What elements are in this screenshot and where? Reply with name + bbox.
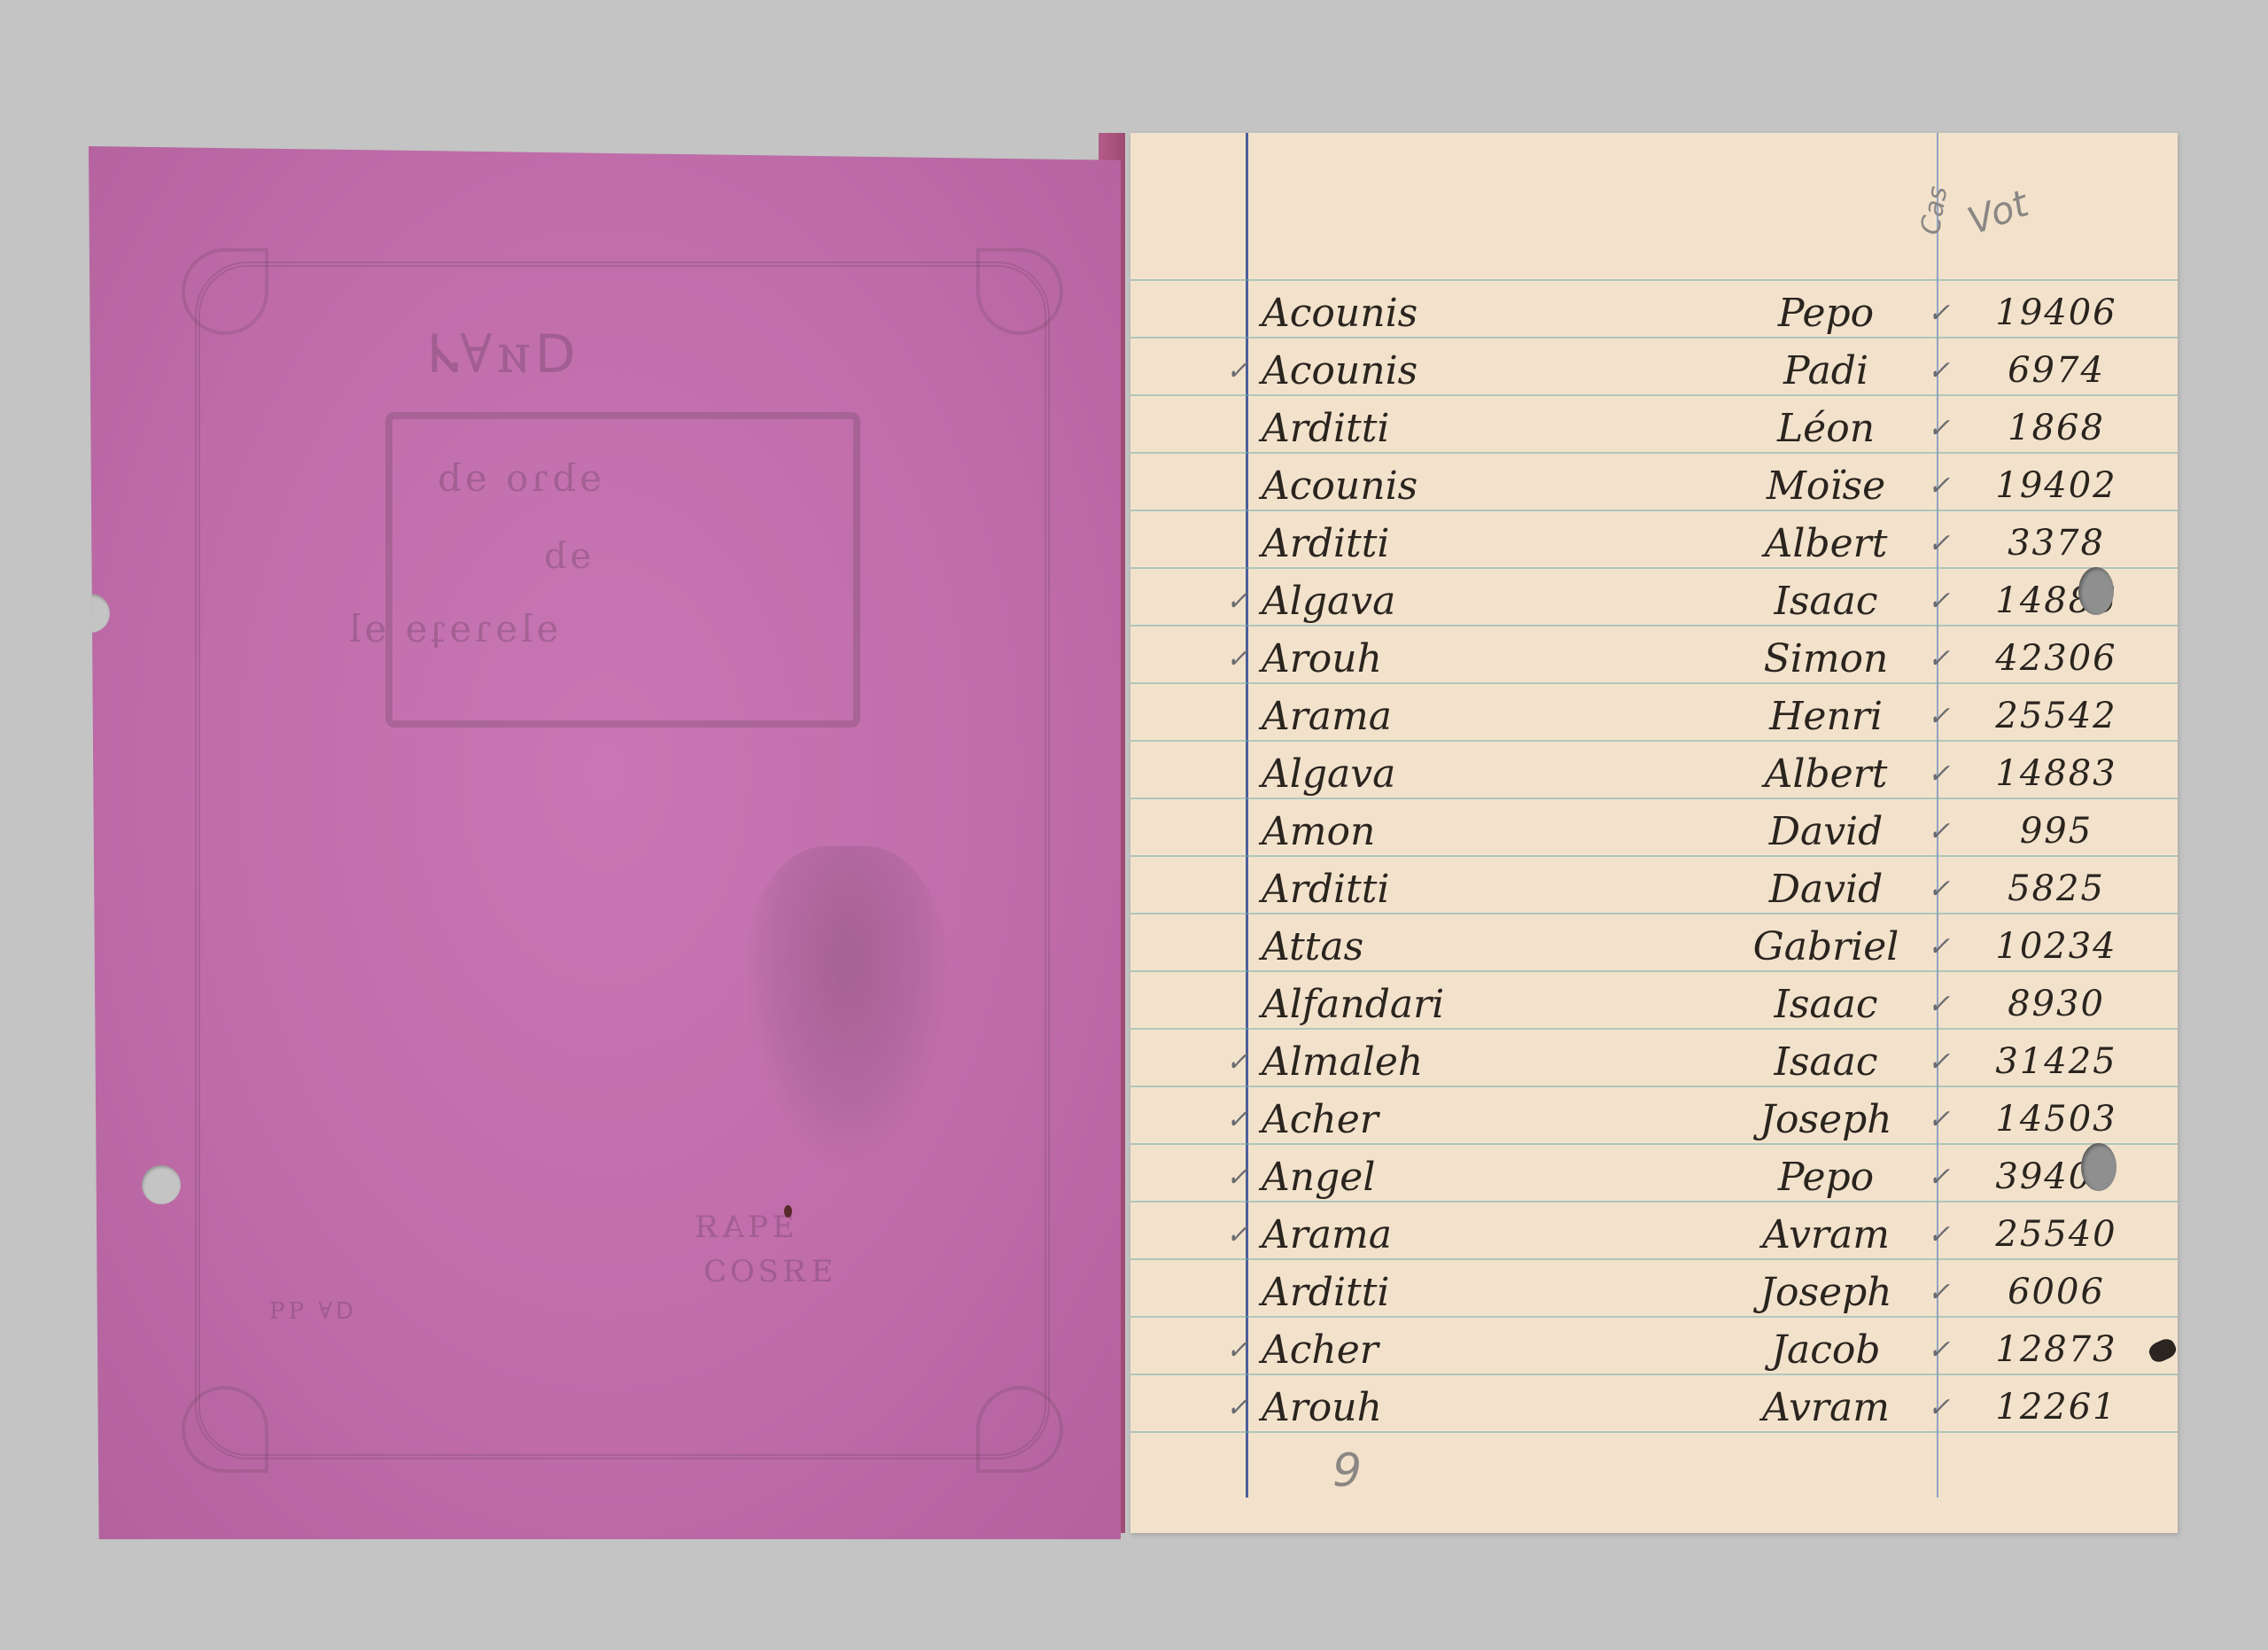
first-name: Henri	[1733, 694, 1919, 739]
left-check-mark: ✓	[1226, 586, 1248, 617]
left-check-mark: ✓	[1226, 1335, 1248, 1366]
register-page: Cas Vot Acounis Pepo ✓ 19406 ✓ Acounis P…	[1130, 133, 2178, 1533]
surname: Algava	[1262, 751, 1395, 797]
left-check-mark: ✓	[1226, 1392, 1248, 1423]
register-number: 14503	[1968, 1099, 2145, 1140]
punch-hole	[2081, 1143, 2117, 1191]
surname: Amon	[1262, 809, 1375, 854]
surname: Acher	[1262, 1327, 1379, 1373]
register-row: ✓ Algava Isaac ✓ 14886	[1130, 573, 2178, 630]
register-number: 8930	[1968, 984, 2145, 1024]
right-check-mark: ✓	[1928, 1335, 1950, 1366]
first-name: Albert	[1733, 751, 1919, 797]
cover-bleed-text: ᗡ∀ ꟼꟼ	[266, 1298, 353, 1325]
first-name: Joseph	[1733, 1270, 1919, 1315]
left-check-mark: ✓	[1226, 1104, 1248, 1135]
register-number: 25542	[1968, 696, 2145, 736]
surname: Attas	[1262, 924, 1363, 969]
register-row: Arama Henri ✓ 25542	[1130, 689, 2178, 745]
register-number: 10234	[1968, 926, 2145, 967]
cover-bleed-text: ɘlɘɿɘʇɘ ɘl	[346, 607, 558, 650]
register-row: ✓ Arouh Simon ✓ 42306	[1130, 631, 2178, 688]
first-name: Pepo	[1733, 291, 1919, 336]
surname: Almaleh	[1262, 1039, 1423, 1085]
first-name: Pepo	[1733, 1155, 1919, 1200]
right-check-mark: ✓	[1928, 816, 1950, 847]
register-row: Acounis Moïse ✓ 19402	[1130, 458, 2178, 515]
surname: Acounis	[1262, 348, 1417, 393]
right-check-mark: ✓	[1928, 989, 1950, 1020]
surname: Arama	[1262, 1212, 1392, 1257]
surname: Acounis	[1262, 463, 1417, 509]
right-check-mark: ✓	[1928, 1047, 1950, 1078]
surname: Alfandari	[1262, 982, 1444, 1027]
first-name: Isaac	[1733, 579, 1919, 624]
register-number: 19406	[1968, 292, 2145, 333]
header-pencil-mark: Cas	[1915, 183, 1953, 237]
right-check-mark: ✓	[1928, 528, 1950, 559]
register-row: Attas Gabriel ✓ 10234	[1130, 919, 2178, 976]
page-footer-pencil-number: 9	[1332, 1444, 1362, 1498]
right-check-mark: ✓	[1928, 1392, 1950, 1423]
first-name: Joseph	[1733, 1097, 1919, 1142]
first-name: Avram	[1733, 1212, 1919, 1257]
surname: Arditti	[1262, 867, 1389, 912]
punch-hole	[71, 594, 110, 633]
register-number: 42306	[1968, 638, 2145, 679]
register-number: 12873	[1968, 1329, 2145, 1370]
first-name: Albert	[1733, 521, 1919, 566]
right-check-mark: ✓	[1928, 1162, 1950, 1193]
rule-line	[1130, 279, 2178, 281]
register-row: Arditti Léon ✓ 1868	[1130, 401, 2178, 457]
right-check-mark: ✓	[1928, 701, 1950, 732]
register-number: 12261	[1968, 1387, 2145, 1428]
register-row: Alfandari Isaac ✓ 8930	[1130, 977, 2178, 1033]
register-number: 14883	[1968, 753, 2145, 794]
register-row: Arditti David ✓ 5825	[1130, 861, 2178, 918]
surname: Arditti	[1262, 521, 1389, 566]
register-row: ✓ Acher Joseph ✓ 14503	[1130, 1092, 2178, 1148]
register-number: 1868	[1968, 408, 2145, 448]
register-number: 14886	[1968, 580, 2145, 621]
register-row: Acounis Pepo ✓ 19406	[1130, 285, 2178, 342]
register-number: 31425	[1968, 1041, 2145, 1082]
first-name: David	[1733, 809, 1919, 854]
surname: Arditti	[1262, 1270, 1389, 1315]
register-number: 3378	[1968, 523, 2145, 564]
surname: Acounis	[1262, 291, 1417, 336]
right-check-mark: ✓	[1928, 586, 1950, 617]
right-check-mark: ✓	[1928, 643, 1950, 674]
right-check-mark: ✓	[1928, 1219, 1950, 1250]
punch-hole	[2078, 567, 2114, 615]
right-check-mark: ✓	[1928, 298, 1950, 329]
register-number: 25540	[1968, 1214, 2145, 1255]
left-check-mark: ✓	[1226, 643, 1248, 674]
register-number: 39400	[1968, 1156, 2145, 1197]
cover-corner-ornament	[976, 1386, 1063, 1473]
register-row: Arditti Albert ✓ 3378	[1130, 516, 2178, 572]
cover-bleed-title: ᗡᴎ∀Ꮧ	[425, 323, 576, 385]
right-check-mark: ✓	[1928, 1277, 1950, 1308]
first-name: Léon	[1733, 406, 1919, 451]
surname: Acher	[1262, 1097, 1379, 1142]
cover-bleed-text: ɘb	[540, 536, 591, 577]
right-check-mark: ✓	[1928, 1104, 1950, 1135]
register-row: ✓ Acher Jacob ✓ 12873	[1130, 1322, 2178, 1379]
surname: Angel	[1262, 1155, 1375, 1200]
first-name: Gabriel	[1733, 924, 1919, 969]
surname: Algava	[1262, 579, 1395, 624]
register-row: ✓ Arama Avram ✓ 25540	[1130, 1207, 2178, 1264]
register-number: 6006	[1968, 1272, 2145, 1312]
register-row: Arditti Joseph ✓ 6006	[1130, 1265, 2178, 1321]
first-name: Isaac	[1733, 1039, 1919, 1085]
right-check-mark: ✓	[1928, 759, 1950, 790]
register-row: ✓ Arouh Avram ✓ 12261	[1130, 1380, 2178, 1436]
register-number: 6974	[1968, 350, 2145, 391]
cover-corner-ornament	[182, 248, 268, 335]
register-number: 995	[1968, 811, 2145, 852]
left-check-mark: ✓	[1226, 1047, 1248, 1078]
pink-cover: ᗡᴎ∀Ꮧ ɘbɿo ɘb ɘb ɘlɘɿɘʇɘ ɘl ƎꟼAЯ ƎЯƧOƆ ᗡ∀…	[89, 146, 1121, 1539]
register-number: 19402	[1968, 465, 2145, 506]
surname: Arditti	[1262, 406, 1389, 451]
right-check-mark: ✓	[1928, 931, 1950, 962]
first-name: Avram	[1733, 1385, 1919, 1430]
first-name: Jacob	[1733, 1327, 1919, 1373]
surname: Arouh	[1262, 1385, 1382, 1430]
left-check-mark: ✓	[1226, 1162, 1248, 1193]
right-check-mark: ✓	[1928, 413, 1950, 444]
left-check-mark: ✓	[1226, 1219, 1248, 1250]
cover-bleed-text: ɘbɿo ɘb	[434, 456, 602, 500]
first-name: Padi	[1733, 348, 1919, 393]
first-name: Simon	[1733, 636, 1919, 681]
cover-corner-ornament	[976, 248, 1063, 335]
right-check-mark: ✓	[1928, 471, 1950, 502]
register-row: ✓ Acounis Padi ✓ 6974	[1130, 343, 2178, 400]
right-check-mark: ✓	[1928, 874, 1950, 905]
cover-portrait-silhouette	[744, 846, 948, 1165]
punch-hole	[142, 1165, 181, 1204]
register-number: 5825	[1968, 868, 2145, 909]
first-name: Isaac	[1733, 982, 1919, 1027]
register-row: Amon David ✓ 995	[1130, 804, 2178, 860]
surname: Arouh	[1262, 636, 1382, 681]
register-row: Algava Albert ✓ 14883	[1130, 746, 2178, 803]
ink-spot	[784, 1205, 792, 1218]
first-name: David	[1733, 867, 1919, 912]
cover-bleed-text: ƎꟼAЯ	[691, 1210, 794, 1245]
cover-corner-ornament	[182, 1386, 268, 1473]
register-row: ✓ Almaleh Isaac ✓ 31425	[1130, 1034, 2178, 1091]
header-pencil-mark: Vot	[1962, 182, 2034, 243]
left-check-mark: ✓	[1226, 355, 1248, 386]
right-check-mark: ✓	[1928, 355, 1950, 386]
first-name: Moïse	[1733, 463, 1919, 509]
surname: Arama	[1262, 694, 1392, 739]
register-row: ✓ Angel Pepo ✓ 39400	[1130, 1149, 2178, 1206]
cover-bleed-text: ƎЯƧOƆ	[700, 1254, 832, 1289]
